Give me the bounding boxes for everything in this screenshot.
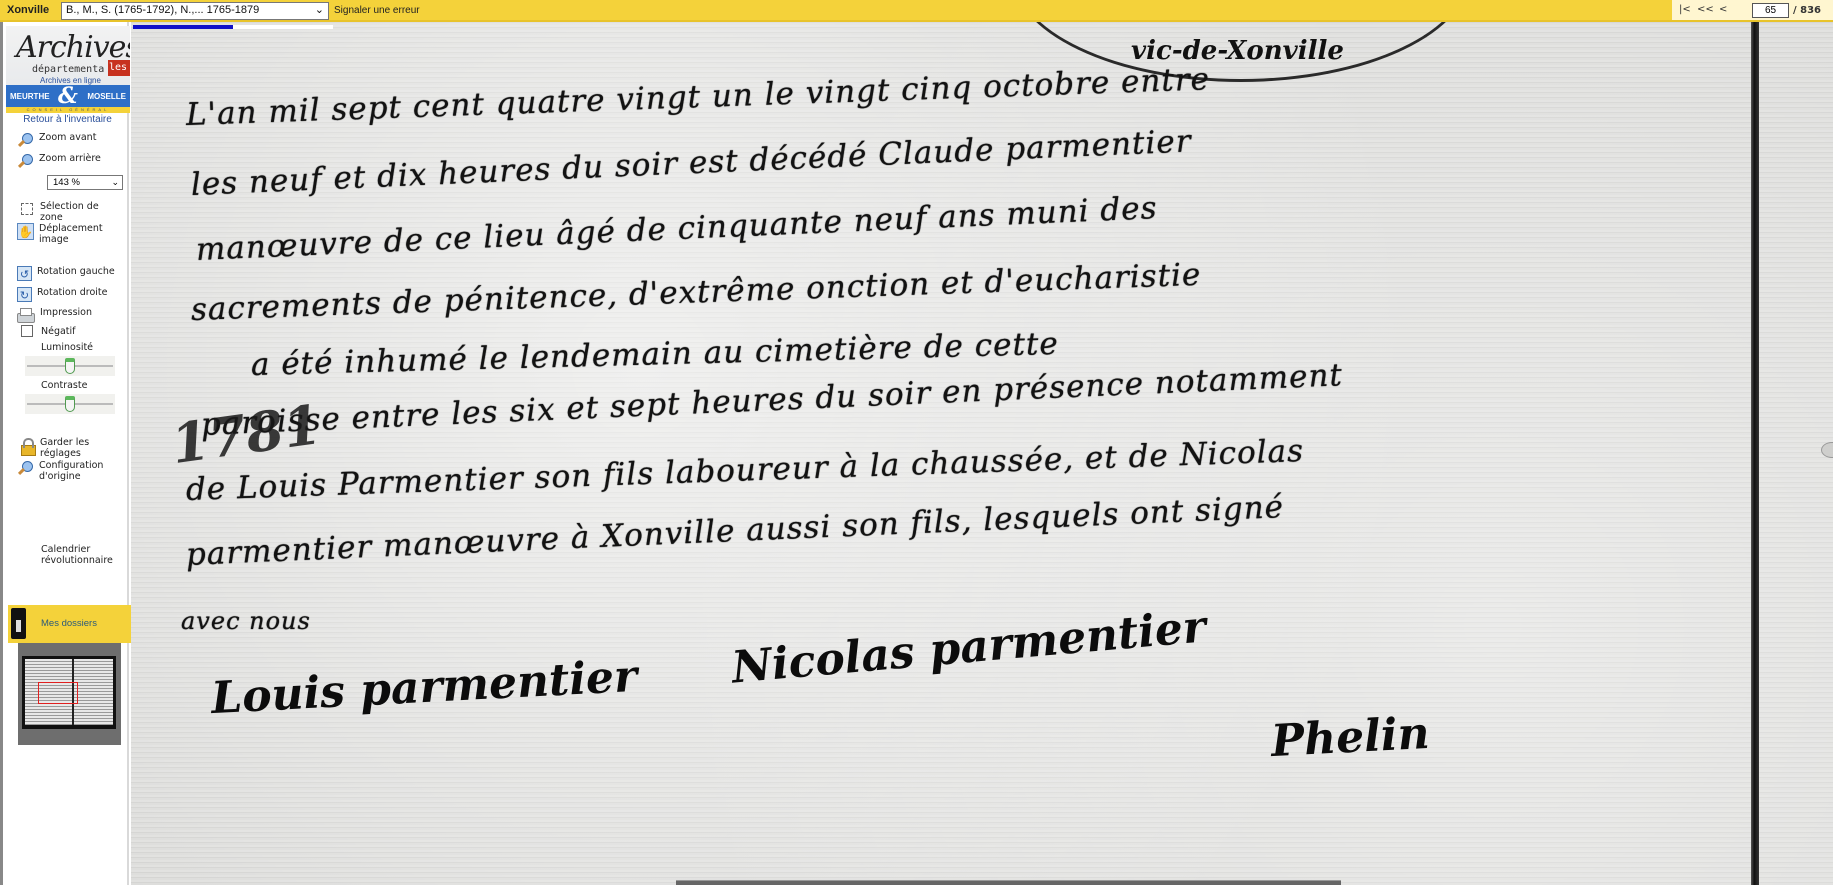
my-folders-button[interactable]: Mes dossiers (8, 605, 132, 643)
signature-phelin: Phelin (1270, 708, 1431, 767)
zoom-in-icon (17, 132, 34, 149)
zoom-out-button[interactable]: Zoom arrière (17, 153, 101, 170)
series-select[interactable]: B., M., S. (1765-1792), N.,... 1765-1879… (61, 2, 329, 20)
image-viewer[interactable]: vic-de-Xonville L'an mil sept cent quatr… (131, 22, 1833, 885)
keep-settings-button[interactable]: Garder lesréglages (18, 437, 89, 459)
series-selected-value: B., M., S. (1765-1792), N.,... 1765-1879 (66, 4, 259, 16)
zoom-level-value: 143 % (53, 177, 80, 188)
page-margin-line (1751, 22, 1759, 885)
rotate-right-label: Rotation droite (37, 287, 108, 298)
revolutionary-calendar-link[interactable]: Calendrierrévolutionnaire (41, 544, 113, 566)
logo-band: MEURTHE & MOSELLE (6, 85, 130, 107)
place-name: Xonville (7, 4, 49, 16)
print-label: Impression (40, 307, 92, 318)
rotate-right-icon: ↻ (17, 287, 32, 302)
zone-select-label: Sélection dezone (40, 201, 99, 223)
top-bar: Xonville B., M., S. (1765-1792), N.,... … (0, 0, 1833, 22)
zone-select-button[interactable]: Sélection dezone (19, 201, 99, 223)
thumbnail-viewport-box[interactable] (38, 682, 78, 704)
zoom-in-label: Zoom avant (39, 132, 96, 143)
negative-checkbox[interactable] (21, 325, 33, 337)
pan-label: Déplacementimage (39, 223, 103, 245)
loading-progress (133, 25, 333, 29)
keep-settings-label: Garder lesréglages (40, 437, 89, 459)
reset-magnifier-icon (17, 460, 34, 477)
contrast-slider[interactable] (25, 394, 115, 414)
contrast-slider-thumb[interactable] (65, 396, 75, 412)
negative-label: Négatif (41, 326, 76, 337)
brightness-slider-thumb[interactable] (65, 358, 75, 374)
logo-ampersand: & (58, 83, 78, 109)
back-to-inventory-link[interactable]: Retour à l'inventaire (3, 114, 132, 125)
binder-icon (11, 608, 26, 639)
sidebar: Archives départementa les Archives en li… (0, 22, 129, 885)
print-button[interactable]: Impression (15, 307, 92, 324)
rotate-left-icon: ↺ (17, 266, 32, 281)
contrast-label: Contraste (41, 380, 87, 391)
rotate-left-button[interactable]: ↺ Rotation gauche (17, 266, 115, 281)
pan-button[interactable]: ✋ Déplacementimage (17, 223, 103, 245)
prev-page-button[interactable]: < (1719, 4, 1727, 15)
report-error-link[interactable]: Signaler une erreur (334, 5, 420, 16)
pager: |< << < 65 / 836 (1672, 0, 1833, 20)
prev-fast-button[interactable]: << (1697, 4, 1714, 15)
chevron-down-icon: ⌄ (111, 176, 119, 189)
manuscript-line-9: avec nous (181, 607, 311, 635)
lock-icon (18, 437, 35, 454)
navigator-thumbnail[interactable] (18, 643, 121, 745)
logo-moselle: MOSELLE (87, 92, 126, 101)
page-total: / 836 (1793, 5, 1821, 16)
zoom-in-button[interactable]: Zoom avant (17, 132, 96, 149)
rotate-left-label: Rotation gauche (37, 266, 115, 277)
reset-config-button[interactable]: Configurationd'origine (17, 460, 103, 482)
chevron-down-icon: ⌄ (315, 3, 324, 16)
horizontal-scrollbar[interactable] (676, 880, 1341, 885)
first-page-button[interactable]: |< (1679, 4, 1691, 15)
reset-config-label: Configurationd'origine (39, 460, 103, 482)
logo-conseil: CONSEIL GÉNÉRAL (6, 107, 130, 113)
my-folders-label: Mes dossiers (41, 618, 97, 629)
logo-dept: départementa (32, 64, 104, 75)
selection-icon (21, 203, 33, 215)
manuscript-header: vic-de-Xonville (1131, 36, 1344, 66)
brightness-label: Luminosité (41, 342, 93, 353)
brightness-slider[interactable] (25, 356, 115, 376)
page-number-input[interactable]: 65 (1752, 3, 1789, 18)
zoom-level-select[interactable]: 143 % ⌄ (47, 175, 123, 190)
zoom-out-label: Zoom arrière (39, 153, 101, 164)
logo-les: les (108, 60, 130, 76)
archives-logo[interactable]: Archives départementa les Archives en li… (6, 26, 130, 113)
zoom-out-icon (17, 153, 34, 170)
printer-icon (15, 307, 35, 324)
hand-icon: ✋ (17, 223, 34, 240)
logo-meurthe: MEURTHE (10, 92, 50, 101)
rotate-right-button[interactable]: ↻ Rotation droite (17, 287, 108, 302)
